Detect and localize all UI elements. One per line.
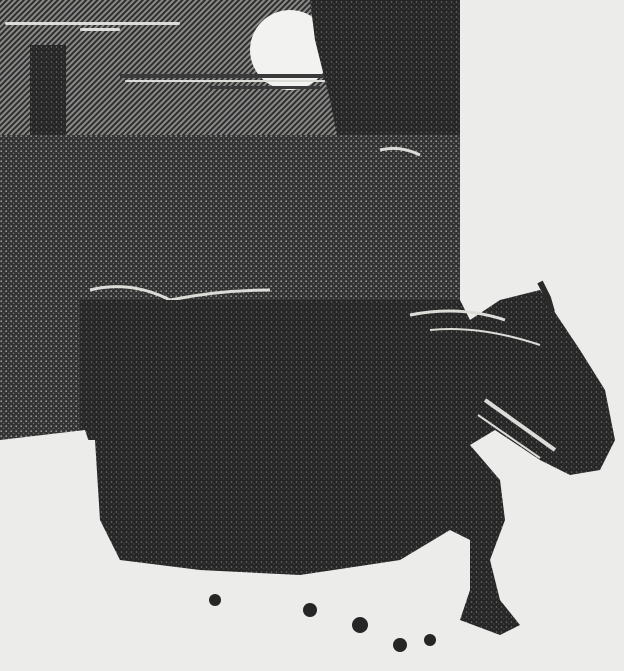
paper-gap-left [0,430,95,671]
grass-tufts [209,594,436,652]
illustration [0,0,624,671]
horse [80,282,615,635]
engraving-artwork [0,0,624,671]
